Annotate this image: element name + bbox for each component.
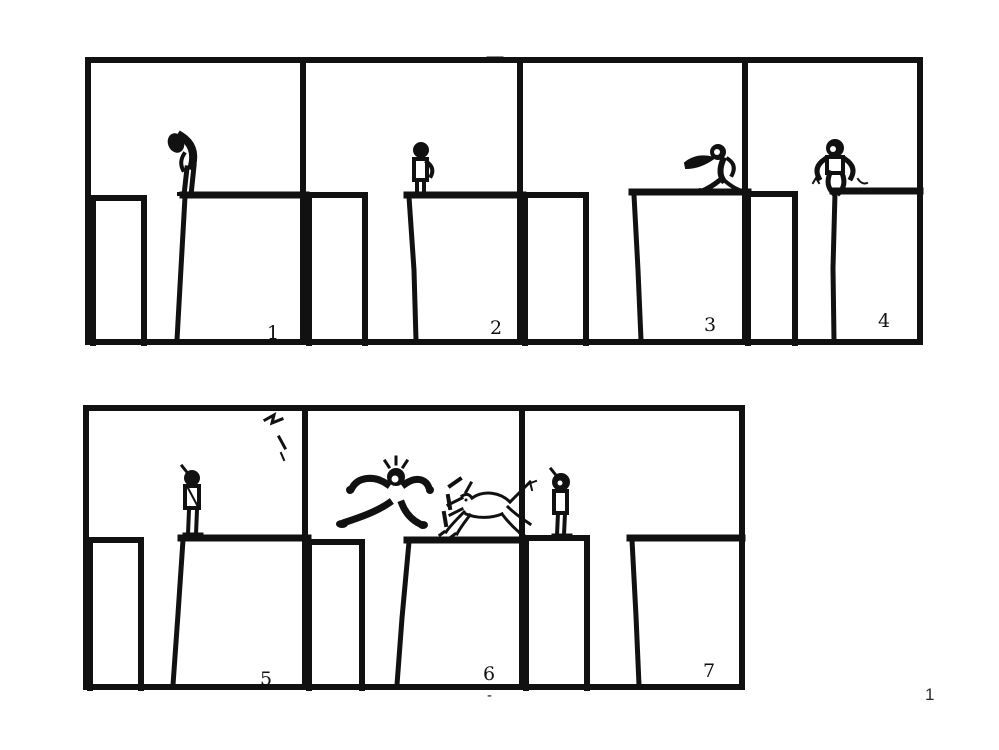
boy-standing-on-lower-block-icon — [551, 469, 571, 535]
panel-3: 3 — [525, 144, 748, 343]
wall-line — [409, 197, 416, 340]
panel-1: 1 — [93, 131, 306, 344]
comic-strip-top: 1 2 — [84, 56, 924, 350]
boy-on-wall-with-bird-icon — [182, 466, 202, 534]
pillar-outline — [309, 542, 362, 688]
comic-strip-bottom: 5 — [82, 404, 750, 694]
boy-standing-on-wall-icon — [413, 142, 432, 194]
boy-leaping-with-barking-dog-icon — [336, 457, 536, 537]
pillar-outline — [93, 198, 144, 343]
leaping-boy-icon — [336, 457, 434, 529]
panel-number: 1 — [267, 322, 279, 344]
panel-4: 4 — [748, 139, 920, 343]
pillar-outline — [748, 194, 795, 343]
wall-line — [397, 542, 409, 685]
boy-sitting-on-wall-edge-icon — [685, 144, 739, 194]
panel-number: 6 — [483, 663, 495, 685]
bird-icon — [265, 415, 285, 460]
wall-structure — [748, 191, 920, 343]
panel-5: 5 — [90, 415, 308, 690]
wall-line — [177, 197, 185, 340]
wall-line — [632, 540, 639, 685]
wall-structure — [93, 195, 306, 343]
panel-number: 4 — [878, 310, 890, 332]
boy-crouching-at-wall-edge-icon — [813, 139, 867, 193]
page-number: 1 — [925, 685, 934, 705]
panel-number: 7 — [703, 660, 715, 682]
wall-line — [833, 193, 835, 340]
pillar-outline — [525, 195, 586, 343]
pillar-outline — [90, 540, 141, 688]
wall-line — [634, 195, 641, 340]
slide-footer-dash: - — [487, 687, 492, 704]
slide-canvas: 1 2 — [0, 0, 999, 750]
wall-line — [173, 540, 183, 685]
panel-number: 5 — [260, 668, 272, 690]
boy-on-wall-looking-down-icon — [165, 131, 196, 195]
panel-number: 3 — [704, 314, 716, 336]
panel-6: 6 — [309, 457, 536, 688]
panel-number: 2 — [490, 317, 502, 339]
panel-7: 7 — [526, 469, 742, 688]
pillar-outline — [309, 195, 365, 343]
wall-structure — [90, 538, 308, 688]
panel-2: 2 — [309, 142, 523, 343]
pillar-outline — [526, 538, 587, 688]
